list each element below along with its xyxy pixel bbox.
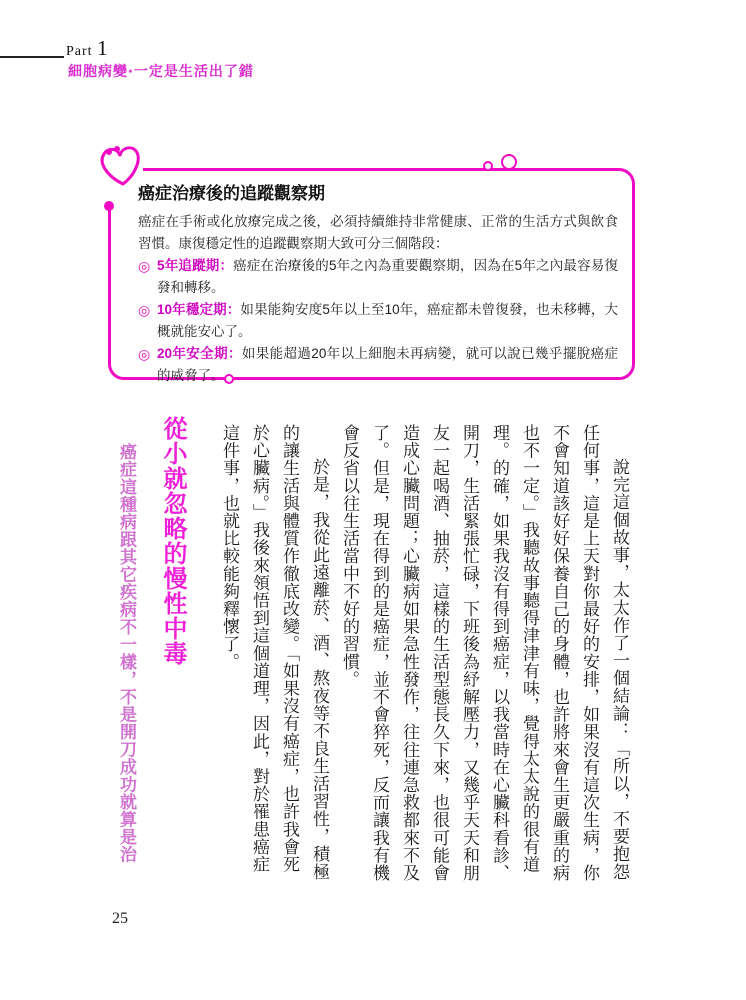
book-page: Part 1 細胞病變‧一定是生活出了錯 癌症治療後的追蹤觀察期 癌症在手術或化… [0, 0, 746, 1000]
bullet-label: 20年安全期： [157, 346, 242, 361]
bullet-text: 10年穩定期：如果能夠安度5年以上至10年，癌症都未曾復發，也未移轉，大概就能安… [157, 299, 618, 343]
bullet-text: 5年追蹤期：癌症在治療後的5年之內為重要觀察期，因為在5年之內最容易復發和轉移。 [157, 255, 618, 299]
infobox-title: 癌症治療後的追蹤觀察期 [138, 181, 618, 207]
infobox-content: 癌症治療後的追蹤觀察期 癌症在手術或化放療完成之後，必須持續維持非常健康、正常的… [138, 181, 618, 387]
part-rule-line [0, 56, 64, 58]
border-start-dot [104, 201, 114, 211]
heart-doodle-icon [89, 137, 145, 193]
bullet-label: 10年穩定期： [157, 302, 240, 317]
infobox-intro: 癌症在手術或化放療完成之後，必須持續維持非常健康、正常的生活方式與飲食習慣。康復… [138, 211, 618, 255]
vertical-body-text: 說完這個故事，太太作了一個結論：「所以，不要抱怨任何事，這是上天對你最好的安排，… [214, 424, 634, 886]
part-word: Part [66, 44, 93, 59]
bullet-target-icon: ◎ [138, 299, 157, 321]
part-number: 1 [97, 36, 109, 60]
body-paragraph-1: 說完這個故事，太太作了一個結論：「所以，不要抱怨任何事，這是上天對你最好的安排，… [334, 424, 634, 886]
bullet-item-20yr: ◎ 20年安全期：如果能超過20年以上細胞未再病變，就可以說已幾乎擺脫癌症的威脅… [138, 343, 618, 387]
chapter-title: 細胞病變‧一定是生活出了錯 [68, 61, 254, 81]
page-number: 25 [112, 910, 128, 928]
bullet-item-10yr: ◎ 10年穩定期：如果能夠安度5年以上至10年，癌症都未曾復發，也未移轉，大概就… [138, 299, 618, 343]
body-paragraph-2: 於是，我從此遠離菸、酒、熬夜等不良生活習性，積極的讓生活與體質作徹底改變。「如果… [214, 424, 334, 886]
bullet-text: 20年安全期：如果能超過20年以上細胞未再病變，就可以說已幾乎擺脫癌症的威脅了。 [157, 343, 618, 387]
section-subtitle: 癌症這種病跟其它疾病不一樣，不是開刀成功就算是治 [114, 443, 139, 863]
part-label: Part 1 [66, 36, 109, 61]
bullet-item-5yr: ◎ 5年追蹤期：癌症在治療後的5年之內為重要觀察期，因為在5年之內最容易復發和轉… [138, 255, 618, 299]
bullet-target-icon: ◎ [138, 255, 157, 277]
bullet-target-icon: ◎ [138, 343, 157, 365]
bullet-label: 5年追蹤期： [157, 258, 233, 273]
section-title: 從小就忽略的慢性中毒 [155, 416, 190, 666]
top-border-small-ring-icon [483, 161, 493, 171]
followup-infobox: 癌症治療後的追蹤觀察期 癌症在手術或化放療完成之後，必須持續維持非常健康、正常的… [108, 168, 635, 380]
top-border-big-ring-icon [501, 154, 517, 170]
